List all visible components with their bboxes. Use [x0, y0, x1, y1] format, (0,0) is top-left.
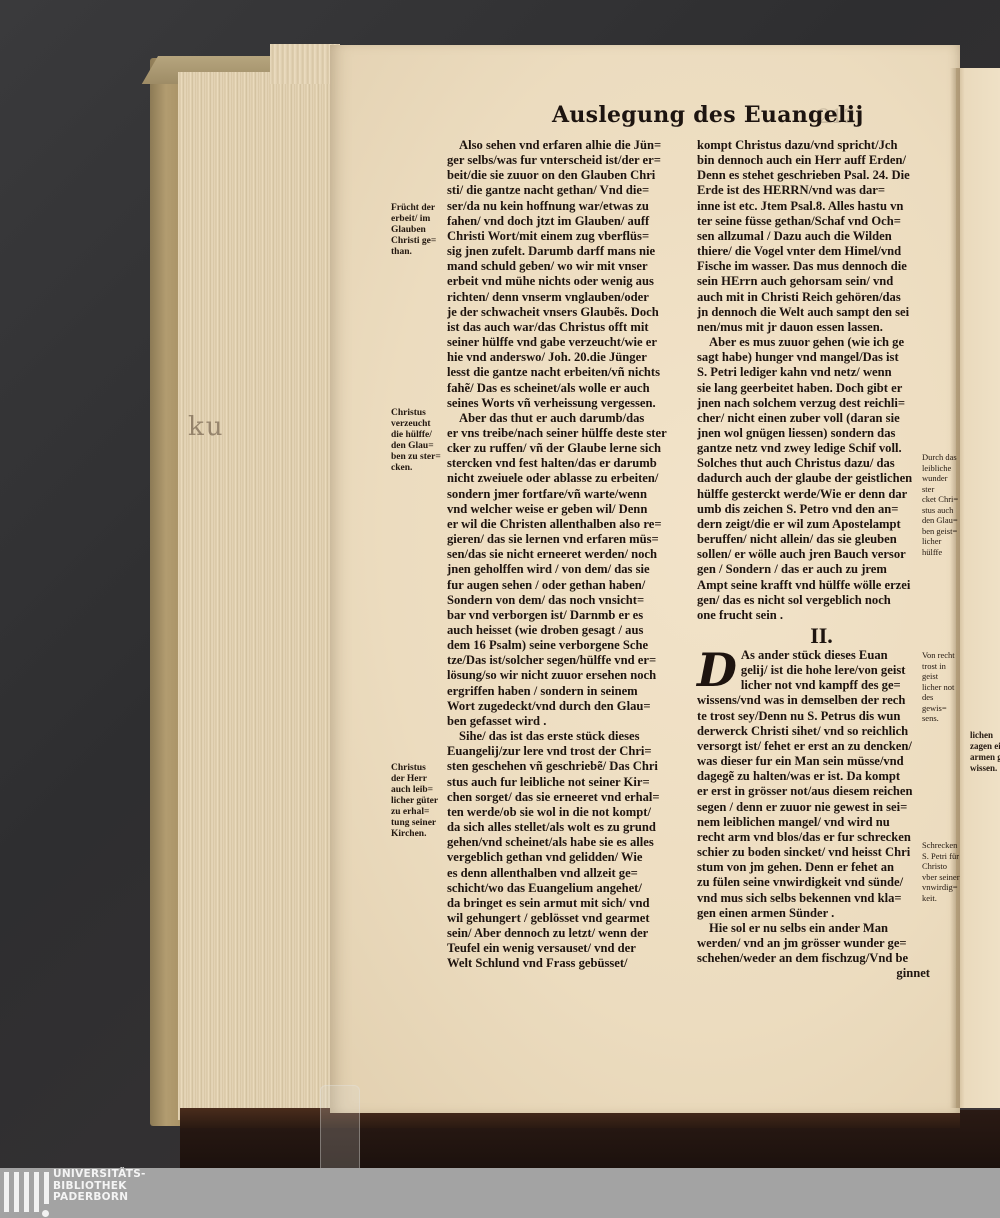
text-line: seiner hülffe vnd gabe verzeucht/wie er	[447, 335, 687, 350]
margin-note-line: ben geist=	[922, 526, 960, 537]
text-line: er erst in grösser not/aus diesem reiche…	[697, 784, 930, 799]
library-name-line-1: UNIVERSITÄTS-	[53, 1169, 146, 1181]
text-line: richten/ denn vnserm vnglauben/oder	[447, 290, 687, 305]
text-line: Fische im wasser. Das mus dennoch die	[697, 259, 930, 274]
text-line: es denn allenthalben vnd allzeit ge=	[447, 866, 687, 881]
text-line: jnen geholffen wird / von dem/ das sie	[447, 562, 687, 577]
text-line: er wil die Christen allenthalben also re…	[447, 517, 687, 532]
text-line: ben gefasset wird .	[447, 714, 687, 729]
margin-note-line: licher hülffe	[922, 536, 960, 557]
margin-note-line: cket Chri=	[922, 494, 960, 505]
facing-page-edge	[956, 68, 1000, 1108]
text-line: derwerck Christi sihet/ vnd so reichlich	[697, 724, 930, 739]
margin-note-line: Christus	[391, 763, 447, 774]
text-line: Sihe/ das ist das erste stück dieses	[447, 729, 687, 744]
margin-note-line: S. Petri für	[922, 851, 960, 862]
text-line: one frucht sein .	[697, 608, 930, 623]
text-line: ger selbs/was fur vnterscheid ist/der er…	[447, 153, 687, 168]
text-line: umb dis zeichen S. Petro vnd den an=	[697, 502, 930, 517]
text-line: nen/mus mit jr dauon essen lassen.	[697, 320, 930, 335]
text-line: jnen nach solchem verzug dest reichli=	[697, 396, 930, 411]
text-line: recht arm vnd blos/das er fur schrecken	[697, 830, 930, 845]
text-line: erbeit vnd mühe nichts oder wenig aus	[447, 274, 687, 289]
text-line: vnd mus sich selbs bekennen vnd kla=	[697, 891, 930, 906]
margin-note-line: trost in geist	[922, 661, 960, 682]
margin-note-line: vnwirdig=	[922, 882, 960, 893]
margin-note-line: verzeucht	[391, 419, 447, 430]
text-line: Teufel ein wenig versauset/ vnd der	[447, 941, 687, 956]
margin-note-line: auch leib=	[391, 785, 447, 796]
text-line: Hie sol er nu selbs ein ander Man	[697, 921, 930, 936]
text-line: vergeblich gethan vnd gelidden/ Wie	[447, 850, 687, 865]
margin-note-line: tung seiner	[391, 818, 447, 829]
text-line: Solches thut auch Christus dazu/ das	[697, 456, 930, 471]
margin-note-line: den Glau=	[391, 441, 447, 452]
text-line: S. Petri lediger kahn vnd netz/ wenn	[697, 365, 930, 380]
margin-note-line: leibliche	[922, 463, 960, 474]
library-logo-icon	[4, 1172, 48, 1216]
text-line: tze/Das ist/solcher segen/hülffe vnd er=	[447, 653, 687, 668]
text-line: chen sorget/ das sie erneeret vnd erhal=	[447, 790, 687, 805]
margin-note-line: licher not	[922, 682, 960, 693]
text-line: gen einen armen Sünder .	[697, 906, 930, 921]
margin-note-line: armen g	[970, 752, 1000, 763]
text-line: Denn es stehet geschrieben Psal. 24. Die	[697, 168, 930, 183]
margin-note-line: Christus	[391, 408, 447, 419]
text-line: sti/ die gantze nacht gethan/ Vnd die=	[447, 183, 687, 198]
text-line: gelij/ ist die hohe lere/von geist	[741, 663, 930, 678]
facing-page-margin-note: lichenzagen eiarmen gwissen.	[970, 730, 1000, 774]
library-name-line-3: PADERBORN	[53, 1192, 146, 1204]
text-line: ergriffen haben / sondern in seinem	[447, 684, 687, 699]
transparent-page-holder	[320, 1085, 360, 1177]
text-line: gen/ das es nicht sol vergeblich noch	[697, 593, 930, 608]
margin-note-line: Frücht der	[391, 203, 447, 214]
dropcap-initial: D	[697, 650, 737, 690]
margin-note-line: wunder ster	[922, 473, 960, 494]
text-line: beit/die sie zuuor on den Glauben Chri	[447, 168, 687, 183]
margin-note-left-1: Frücht dererbeit/ imGlaubenChristi ge=th…	[391, 203, 447, 258]
library-name: UNIVERSITÄTS- BIBLIOTHEK PADERBORN	[53, 1169, 146, 1204]
text-line: Erde ist des HERRN/vnd was dar=	[697, 183, 930, 198]
margin-note-line: wissen.	[970, 763, 1000, 774]
margin-note-line: vber seiner	[922, 872, 960, 883]
text-line: ist das auch war/das Christus offt mit	[447, 320, 687, 335]
margin-note-right-2: Von rechttrost in geistlicher notdes gew…	[922, 650, 960, 724]
text-line: stercken vnd fest halten/das er darumb	[447, 456, 687, 471]
margin-note-line: cken.	[391, 463, 447, 474]
text-line: thiere/ die Vogel vnter dem Himel/vnd	[697, 244, 930, 259]
catchword: ginnet	[697, 966, 930, 981]
margin-note-right-3: SchreckenS. Petri fürChristovber seinerv…	[922, 840, 960, 903]
text-line: wissens/vnd was in demselben der rech	[697, 693, 930, 708]
text-line: sondern jmer fortfare/vñ warte/wenn	[447, 487, 687, 502]
margin-note-left-3: Christusder Herrauch leib=licher güterzu…	[391, 763, 447, 840]
text-line: cker zu ruffen/ vñ der Glaube lerne sich	[447, 441, 687, 456]
text-line: kompt Christus dazu/vnd spricht/Jch	[697, 138, 930, 153]
text-line: hie vnd anderswo/ Joh. 20.die Jünger	[447, 350, 687, 365]
text-line: was dieser fur ein Man sein müsse/vnd	[697, 754, 930, 769]
text-line: zu fülen seine vnwirdigkeit vnd sünde/	[697, 875, 930, 890]
text-line: sein/ Aber dennoch zu letzt/ wenn der	[447, 926, 687, 941]
margin-note-line: keit.	[922, 893, 960, 904]
margin-note-right-1: Durch dasleiblichewunder stercket Chri=s…	[922, 452, 960, 557]
text-line: schehen/weder an dem fischzug/Vnd be	[697, 951, 930, 966]
text-line: schier zu boden sincket/ vnd heisst Chri	[697, 845, 930, 860]
text-line: seines Worts vñ verheissung vergessen.	[447, 396, 687, 411]
running-head: Auslegung des Euangelij	[552, 102, 864, 128]
margin-note-line: der Herr	[391, 774, 447, 785]
margin-note-line: des gewis=	[922, 692, 960, 713]
text-line: fahen/ vnd doch jtzt im Glauben/ auff	[447, 214, 687, 229]
margin-note-line: Schrecken	[922, 840, 960, 851]
library-footer-bar: UNIVERSITÄTS- BIBLIOTHEK PADERBORN	[0, 1168, 1000, 1218]
text-column-right: kompt Christus dazu/vnd spricht/Jchbin d…	[697, 138, 930, 981]
text-line: stus auch fur leibliche not seiner Kir=	[447, 775, 687, 790]
text-line: jn dennoch die Welt auch sampt den sei	[697, 305, 930, 320]
page-stack	[178, 72, 338, 1120]
margin-note-line: Christo	[922, 861, 960, 872]
text-line: sollen/ er wölle auch jren Bauch versor	[697, 547, 930, 562]
text-line: bar vnd verborgen ist/ Darnmb er es	[447, 608, 687, 623]
dropcap-paragraph: D As ander stück dieses Euangelij/ ist d…	[697, 648, 930, 693]
text-column-left: Also sehen vnd erfaren alhie die Jün=ger…	[447, 138, 687, 972]
text-line: sig jnen zufelt. Darumb darff mans nie	[447, 244, 687, 259]
margin-note-line: Christi ge=	[391, 236, 447, 247]
margin-note-line: die hülffe/	[391, 430, 447, 441]
margin-note-line: licher güter	[391, 796, 447, 807]
text-line: beruffen/ nicht allein/ das sie gleuben	[697, 532, 930, 547]
text-line: Sondern von dem/ das noch vnsicht=	[447, 593, 687, 608]
gutter-shadow	[950, 68, 960, 1108]
margin-note-line: ben zu ster=	[391, 452, 447, 463]
text-line: dern zeigt/die er wil zum Apostelampt	[697, 517, 930, 532]
text-line: wil gehungert / geblösset vnd gearmet	[447, 911, 687, 926]
text-line: fahẽ/ Das es scheinet/als wolle er auch	[447, 381, 687, 396]
bleed-through-folio: 212	[818, 104, 856, 128]
text-line: ten werde/ob sie wol in die not kompt/	[447, 805, 687, 820]
text-line: lösung/so wir nicht zuuor ersehen noch	[447, 668, 687, 683]
margin-note-line: Kirchen.	[391, 829, 447, 840]
text-line: sten geschehen vñ geschriebẽ/ Das Chri	[447, 759, 687, 774]
text-line: lesst die gantze nacht erbeiten/vñ nicht…	[447, 365, 687, 380]
text-line: Aber es mus zuuor gehen (wie ich ge	[697, 335, 930, 350]
text-line: da bringet es sein armut mit sich/ vnd	[447, 896, 687, 911]
text-line: ser/da nu kein hoffnung war/etwas zu	[447, 199, 687, 214]
text-line: inne ist etc. Jtem Psal.8. Alles hastu v…	[697, 199, 930, 214]
text-line: licher not vnd kampff des ge=	[741, 678, 930, 693]
text-line: dem 16 Psalm) seine verborgene Sche	[447, 638, 687, 653]
margin-note-left-2: Christusverzeuchtdie hülffe/den Glau=ben…	[391, 408, 447, 474]
text-line: ter seine füsse gethan/Schaf vnd Och=	[697, 214, 930, 229]
margin-note-line: Von recht	[922, 650, 960, 661]
text-line: gieren/ das sie lernen vnd erfaren müs=	[447, 532, 687, 547]
text-line: bin dennoch auch ein Herr auff Erden/	[697, 153, 930, 168]
text-line: dagegẽ zu halten/was er ist. Da kompt	[697, 769, 930, 784]
text-line: versorgt ist/ fehet er erst an zu dencke…	[697, 739, 930, 754]
text-line: Christi Wort/mit einem zug vberflüs=	[447, 229, 687, 244]
margin-note-line: erbeit/ im	[391, 214, 447, 225]
text-line: werden/ vnd an jm grösser wunder ge=	[697, 936, 930, 951]
text-line: Euangelij/zur lere vnd trost der Chri=	[447, 744, 687, 759]
text-line: auch mit in Christi Reich gehören/das	[697, 290, 930, 305]
margin-note-line: lichen	[970, 730, 1000, 741]
text-line: Welt Schlund vnd Frass gebüsset/	[447, 956, 687, 971]
margin-note-line: sens.	[922, 713, 960, 724]
text-line: Also sehen vnd erfaren alhie die Jün=	[447, 138, 687, 153]
margin-note-line: than.	[391, 247, 447, 258]
text-line: je der schwacheit vnsers Glaubẽs. Doch	[447, 305, 687, 320]
margin-note-line: zagen ei	[970, 741, 1000, 752]
text-line: cher/ nicht einen zuber voll (daran sie	[697, 411, 930, 426]
text-line: sein HErrn auch gehorsam sein/ vnd	[697, 274, 930, 289]
margin-note-line: Glauben	[391, 225, 447, 236]
text-line: Aber das thut er auch darumb/das	[447, 411, 687, 426]
margin-note-line: den Glau=	[922, 515, 960, 526]
margin-note-line: Durch das	[922, 452, 960, 463]
text-line: sen allzumal / Dazu auch die Wilden	[697, 229, 930, 244]
text-line: auch heisset (wie droben gesagt / aus	[447, 623, 687, 638]
text-line: segen / denn er zuuor nie gewest in sei=	[697, 800, 930, 815]
text-line: sagt habe) hunger vnd mangel/Das ist	[697, 350, 930, 365]
text-line: da sich alles stellet/als wolt es zu gru…	[447, 820, 687, 835]
text-line: sie lang geerbeitet haben. Doch gibt er	[697, 381, 930, 396]
text-line: schicht/wo das Euangelium angehet/	[447, 881, 687, 896]
text-line: Wort zugedeckt/vnd durch den Glau=	[447, 699, 687, 714]
margin-note-line: zu erhal=	[391, 807, 447, 818]
text-line: jnen wol gnügen liessen) sondern das	[697, 426, 930, 441]
page-edge-mark: ku	[188, 412, 225, 442]
margin-note-line: stus auch	[922, 505, 960, 516]
text-line: sen/das sie nicht erneeret werden/ noch	[447, 547, 687, 562]
text-line: mand schuld geben/ wo wir mit vnser	[447, 259, 687, 274]
text-line: fur augen sehen / oder gethan haben/	[447, 578, 687, 593]
text-line: gehen/vnd scheinet/als habe sie es alles	[447, 835, 687, 850]
text-line: As ander stück dieses Euan	[741, 648, 930, 663]
text-line: gantze netz vnd zwey ledige Schif voll.	[697, 441, 930, 456]
text-line: nem leiblichen mangel/ vnd wird nu	[697, 815, 930, 830]
text-line: er vns treibe/nach seiner hülffe deste s…	[447, 426, 687, 441]
text-line: dadurch auch der glaube der geistlichen	[697, 471, 930, 486]
text-line: stum von jm gehen. Denn er fehet an	[697, 860, 930, 875]
text-line: te trost sey/Denn nu S. Petrus dis wun	[697, 709, 930, 724]
text-line: vnd welcher weise er geben wil/ Denn	[447, 502, 687, 517]
text-line: nicht zweiuele oder ablasse zu erbeiten/	[447, 471, 687, 486]
text-line: gen / Sondern / das er auch zu jrem	[697, 562, 930, 577]
text-line: Ampt seine krafft vnd hülffe wölle erzei	[697, 578, 930, 593]
text-line: hülffe gesterckt werde/Wie er denn dar	[697, 487, 930, 502]
